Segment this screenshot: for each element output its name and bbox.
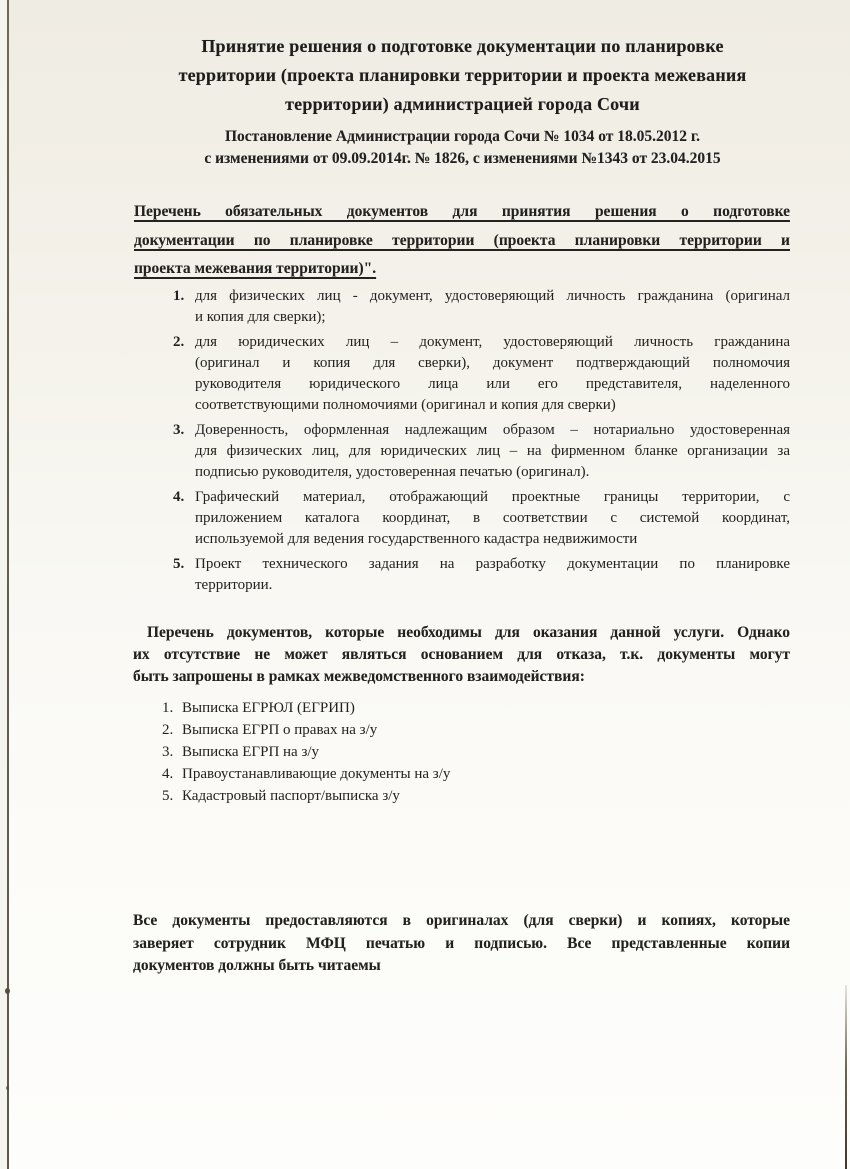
section-heading: Перечень обязательных документов для при… [134, 198, 790, 284]
item-text: Графический материал, отображающий проек… [195, 487, 790, 550]
list-item: 2. для юридических лиц – документ, удост… [173, 332, 790, 416]
list-item: 5. Кадастровый паспорт/выписка з/у [162, 786, 790, 806]
scan-speck [6, 1086, 9, 1090]
text-line: документов должны быть читаемы [133, 955, 790, 978]
originals-note: Все документы предоставляются в оригинал… [133, 910, 790, 978]
list-item: 4. Графический материал, отображающий пр… [173, 487, 790, 550]
text-line: Проект технического задания на разработк… [195, 554, 790, 575]
text-line: быть запрошены в рамках межведомственног… [133, 666, 790, 688]
optional-documents-list: 1. Выписка ЕГРЮЛ (ЕГРИП) 2. Выписка ЕГРП… [162, 698, 790, 808]
text-line: Перечень документов, которые необходимы … [133, 622, 790, 644]
item-text: Выписка ЕГРП о правах на з/у [182, 720, 377, 740]
item-number: 1. [173, 286, 195, 328]
item-text: Кадастровый паспорт/выписка з/у [182, 786, 400, 806]
list-item: 1. Выписка ЕГРЮЛ (ЕГРИП) [162, 698, 790, 718]
text-line: Все документы предоставляются в оригинал… [133, 910, 790, 933]
item-text: Доверенность, оформленная надлежащим обр… [195, 420, 790, 483]
text-line: соответствующими полномочиями (оригинал … [195, 395, 790, 416]
document-subtitle: Постановление Администрации города Сочи … [110, 126, 815, 170]
scanned-document-page: Принятие решения о подготовке документац… [0, 0, 850, 1169]
text-line: территории (проекта планировки территори… [135, 61, 790, 90]
item-number: 5. [173, 554, 195, 596]
text-line: территории. [195, 575, 790, 596]
item-number: 1. [162, 698, 182, 718]
text-line: проекта межевания территории)". [134, 255, 790, 284]
text-line: подписью руководителя, удостоверенная пе… [195, 462, 790, 483]
list-item: 4. Правоустанавливающие документы на з/у [162, 764, 790, 784]
text-line: Принятие решения о подготовке документац… [135, 32, 790, 61]
item-number: 3. [173, 420, 195, 483]
text-line: Перечень обязательных документов для при… [134, 198, 790, 227]
item-text: для юридических лиц – документ, удостове… [195, 332, 790, 416]
text-line: Постановление Администрации города Сочи … [110, 126, 815, 148]
item-number: 3. [162, 742, 182, 762]
document-title: Принятие решения о подготовке документац… [135, 32, 790, 119]
text-line: Доверенность, оформленная надлежащим обр… [195, 420, 790, 441]
list-item: 1. для физических лиц - документ, удосто… [173, 286, 790, 328]
text-line: их отсутствие не может являться основани… [133, 644, 790, 666]
scan-edge-right [845, 985, 847, 1169]
text-line: руководителя юридического лица или его п… [195, 374, 790, 395]
scan-speck [5, 988, 10, 994]
text-line: Графический материал, отображающий проек… [195, 487, 790, 508]
list-item: 3. Выписка ЕГРП на з/у [162, 742, 790, 762]
item-number: 5. [162, 786, 182, 806]
item-text: Правоустанавливающие документы на з/у [182, 764, 450, 784]
item-text: Выписка ЕГРП на з/у [182, 742, 319, 762]
item-text: для физических лиц - документ, удостовер… [195, 286, 790, 328]
text-line: документации по планировке территории (п… [134, 227, 790, 256]
text-line: приложением каталога координат, в соотве… [195, 508, 790, 529]
list-item: 2. Выписка ЕГРП о правах на з/у [162, 720, 790, 740]
list-item: 5. Проект технического задания на разраб… [173, 554, 790, 596]
text-line: для юридических лиц – документ, удостове… [195, 332, 790, 353]
text-line: заверяет сотрудник МФЦ печатью и подпись… [133, 933, 790, 956]
list-item: 3. Доверенность, оформленная надлежащим … [173, 420, 790, 483]
item-text: Выписка ЕГРЮЛ (ЕГРИП) [182, 698, 355, 718]
text-line: с изменениями от 09.09.2014г. № 1826, с … [110, 148, 815, 170]
item-number: 4. [173, 487, 195, 550]
text-line: для физических лиц, для юридических лиц … [195, 441, 790, 462]
text-line: используемой для ведения государственног… [195, 529, 790, 550]
item-number: 2. [173, 332, 195, 416]
item-text: Проект технического задания на разработк… [195, 554, 790, 596]
item-number: 4. [162, 764, 182, 784]
item-number: 2. [162, 720, 182, 740]
text-line: для физических лиц - документ, удостовер… [195, 286, 790, 307]
required-documents-list: 1. для физических лиц - документ, удосто… [173, 286, 790, 600]
interagency-note: Перечень документов, которые необходимы … [133, 622, 790, 688]
text-line: и копия для сверки); [195, 307, 790, 328]
text-line: территории) администрацией города Сочи [135, 90, 790, 119]
text-line: (оригинал и копия для сверки), документ … [195, 353, 790, 374]
